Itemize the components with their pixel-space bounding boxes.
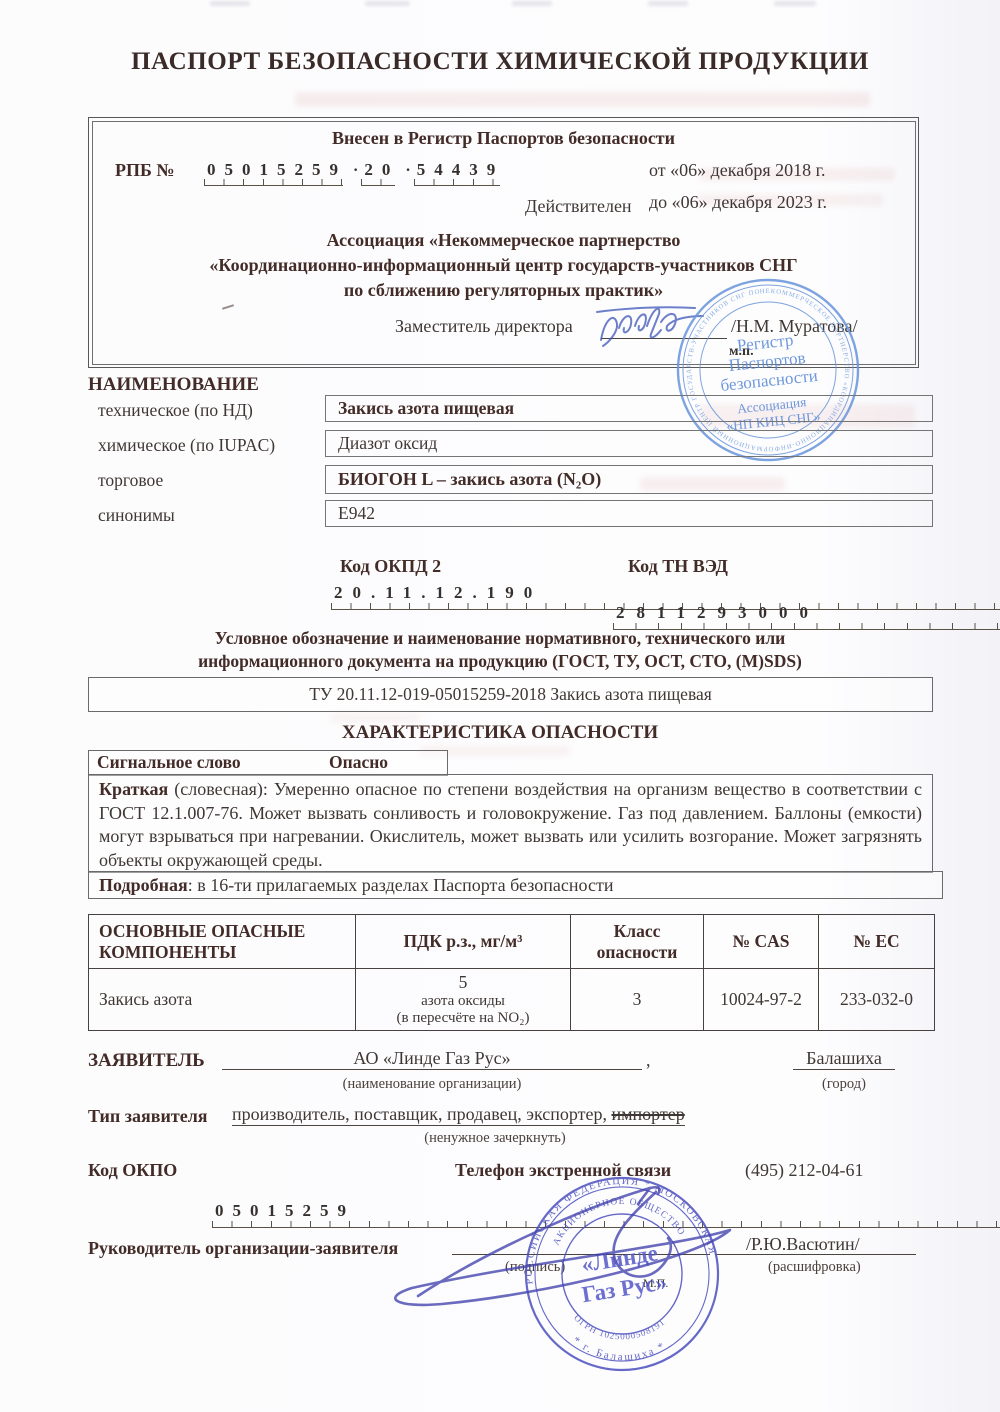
rpb-digits-group1: 05015259	[207, 160, 347, 179]
registration-date: от «06» декабря 2018 г.	[649, 160, 826, 181]
tnved-code-value: 2811293000	[616, 603, 1000, 623]
normative-heading-line1: Условное обозначение и наименование норм…	[0, 628, 1000, 649]
naming-label-chemical: химическое (по IUPAC)	[98, 435, 275, 456]
components-table: ОСНОВНЫЕ ОПАСНЫЕ КОМПОНЕНТЫ ПДК р.з., мг…	[88, 914, 935, 1031]
technical-name-value: Закись азота пищевая	[338, 398, 514, 419]
emergency-phone-value: (495) 212-04-61	[745, 1160, 863, 1181]
hazard-heading: ХАРАКТЕРИСТИКА ОПАСНОСТИ	[0, 722, 1000, 744]
pdk-substance: азота оксиды	[362, 993, 564, 1010]
table-header-components: ОСНОВНЫЕ ОПАСНЫЕ КОМПОНЕНТЫ	[89, 915, 356, 969]
component-name: Закись азота	[89, 969, 356, 1031]
page-title: ПАСПОРТ БЕЗОПАСНОСТИ ХИМИЧЕСКОЙ ПРОДУКЦИ…	[0, 48, 1000, 76]
valid-until-date: до «06» декабря 2023 г.	[649, 192, 827, 213]
applicant-types-text: производитель, поставщик, продавец, эксп…	[232, 1104, 612, 1124]
naming-field-technical: Закись азота пищевая	[325, 395, 933, 422]
pdk-note: (в пересчёте на NO₂)	[362, 1010, 564, 1027]
city-caption: (город)	[793, 1076, 895, 1093]
applicant-comma: ,	[646, 1050, 651, 1071]
registry-stamp-line3: безопасности	[720, 366, 819, 395]
head-signature	[378, 1178, 750, 1318]
scan-artifact	[295, 92, 870, 107]
mp-label-bottom: М.П.	[643, 1276, 668, 1291]
association-name-line2: «Координационно-информационный центр гос…	[89, 255, 918, 276]
registry-box: Внесен в Регистр Паспортов безопасности …	[88, 117, 919, 368]
applicant-types: производитель, поставщик, продавец, эксп…	[232, 1104, 685, 1126]
association-name-line1: Ассоциация «Некоммерческое партнерство	[89, 230, 918, 251]
emergency-phone-label: Телефон экстренной связи	[455, 1160, 671, 1181]
type-caption: (ненужное зачеркнуть)	[330, 1130, 660, 1147]
rpb-digits-group2: 20	[364, 160, 399, 179]
applicant-type-struck: импортер	[612, 1104, 685, 1124]
scan-artifact	[648, 1, 688, 6]
table-header-cas: № CAS	[704, 915, 819, 969]
naming-field-trade: БИОГОН L – закись азота (N₂O)	[325, 465, 933, 494]
rpb-digits-group3: 54439	[417, 160, 505, 179]
naming-heading: НАИМЕНОВАНИЕ	[88, 374, 259, 396]
applicant-city: Балашиха	[793, 1048, 895, 1070]
linde-stamp-outer-bottom-text: * г. Балашиха *	[569, 1321, 670, 1372]
tnved-code-label: Код ТН ВЭД	[628, 556, 728, 577]
table-header-ec: № ЕС	[819, 915, 935, 969]
head-signature-line	[452, 1254, 710, 1255]
synonyms-value: Е942	[338, 503, 375, 524]
chemical-name-value: Диазот оксид	[338, 433, 437, 454]
hazard-detail-text: : в 16-ти прилагаемых разделах Паспорта …	[188, 875, 614, 896]
naming-field-chemical: Диазот оксид	[325, 430, 933, 457]
deputy-director-name: /Н.М. Муратова/	[731, 316, 857, 337]
scan-artifact	[210, 1, 250, 6]
rpb-separator: ·	[405, 162, 410, 179]
organization-caption: (наименование организации)	[222, 1076, 642, 1093]
component-hazard-class: 3	[571, 969, 704, 1031]
deputy-director-label: Заместитель директора	[395, 316, 573, 337]
applicant-label: ЗАЯВИТЕЛЬ	[88, 1050, 205, 1072]
signal-word-box: Сигнальное слово Опасно	[88, 750, 448, 776]
registry-entered-label: Внесен в Регистр Паспортов безопасности	[89, 128, 918, 149]
name-caption: (расшифровка)	[768, 1259, 861, 1276]
table-header-pdk: ПДК р.з., мг/м³	[356, 915, 571, 969]
okpd-code-label: Код ОКПД 2	[340, 556, 441, 577]
pdk-value: 5	[362, 972, 564, 993]
hazard-detail-label: Подробная	[99, 875, 188, 896]
head-name: /Р.Ю.Васютин/	[746, 1234, 860, 1255]
table-row: Закись азота 5 азота оксиды (в пересчёте…	[89, 969, 935, 1031]
head-of-organization-label: Руководитель организации-заявителя	[88, 1238, 398, 1259]
association-name-line3: по сближению регуляторных практик»	[89, 280, 918, 301]
head-name-line	[716, 1254, 916, 1255]
rpb-number-label: РПБ №	[115, 160, 174, 181]
hazard-detail-box: Подробная: в 16-ти прилагаемых разделах …	[88, 871, 943, 899]
mp-label: м.п.	[729, 344, 754, 360]
okpo-label: Код ОКПО	[88, 1160, 177, 1181]
signal-word-label: Сигнальное слово	[97, 752, 241, 773]
hazard-brief-text: (словесная): Умеренно опасное по степени…	[99, 779, 922, 870]
component-ec-number: 233-032-0	[819, 969, 935, 1031]
table-header-class: Класс опасности	[571, 915, 704, 969]
rpb-separator: ·	[353, 162, 358, 179]
normative-document-value: ТУ 20.11.12-019-05015259-2018 Закись азо…	[309, 684, 712, 705]
valid-label: Действителен	[525, 196, 632, 217]
normative-heading-line2: информационного документа на продукцию (…	[0, 651, 1000, 672]
okpd-code-value: 20.11.12.190	[334, 583, 1000, 603]
naming-field-synonyms: Е942	[325, 500, 933, 527]
trade-name-value: БИОГОН L – закись азота (N₂O)	[338, 469, 601, 490]
naming-label-technical: техническое (по НД)	[98, 400, 253, 421]
hazard-brief-label: Краткая	[99, 779, 168, 799]
scan-artifact	[774, 1, 816, 6]
normative-document-box: ТУ 20.11.12-019-05015259-2018 Закись азо…	[88, 677, 933, 712]
svg-text:* г. Балашиха *: * г. Балашиха *	[569, 1321, 670, 1372]
signature-line	[601, 338, 727, 339]
scan-artifact	[512, 1, 552, 6]
linde-stamp-inner-bottom-text: ОГРН 1025000508191	[571, 1299, 668, 1349]
component-cas-number: 10024-97-2	[704, 969, 819, 1031]
scanned-safety-data-sheet: ПАСПОРТ БЕЗОПАСНОСТИ ХИМИЧЕСКОЙ ПРОДУКЦИ…	[0, 0, 1000, 1412]
naming-label-trade: торговое	[98, 470, 163, 491]
rpb-number-field: 05015259·20·54439	[207, 160, 504, 180]
applicant-type-label: Тип заявителя	[88, 1106, 208, 1127]
signal-word-value: Опасно	[329, 752, 388, 773]
applicant-organization: АО «Линде Газ Рус»	[222, 1048, 642, 1070]
hazard-brief-box: Краткая (словесная): Умеренно опасное по…	[88, 774, 933, 873]
component-pdk: 5 азота оксиды (в пересчёте на NO₂)	[356, 969, 571, 1031]
scan-artifact	[365, 1, 410, 6]
signature-caption: (подпись)	[505, 1259, 565, 1276]
linde-stamp-center-line1: «Линде	[580, 1240, 660, 1277]
naming-label-synonyms: синонимы	[98, 505, 175, 526]
svg-text:ОГРН 1025000508191: ОГРН 1025000508191	[571, 1299, 668, 1349]
okpo-value: 05015259	[215, 1201, 1000, 1221]
